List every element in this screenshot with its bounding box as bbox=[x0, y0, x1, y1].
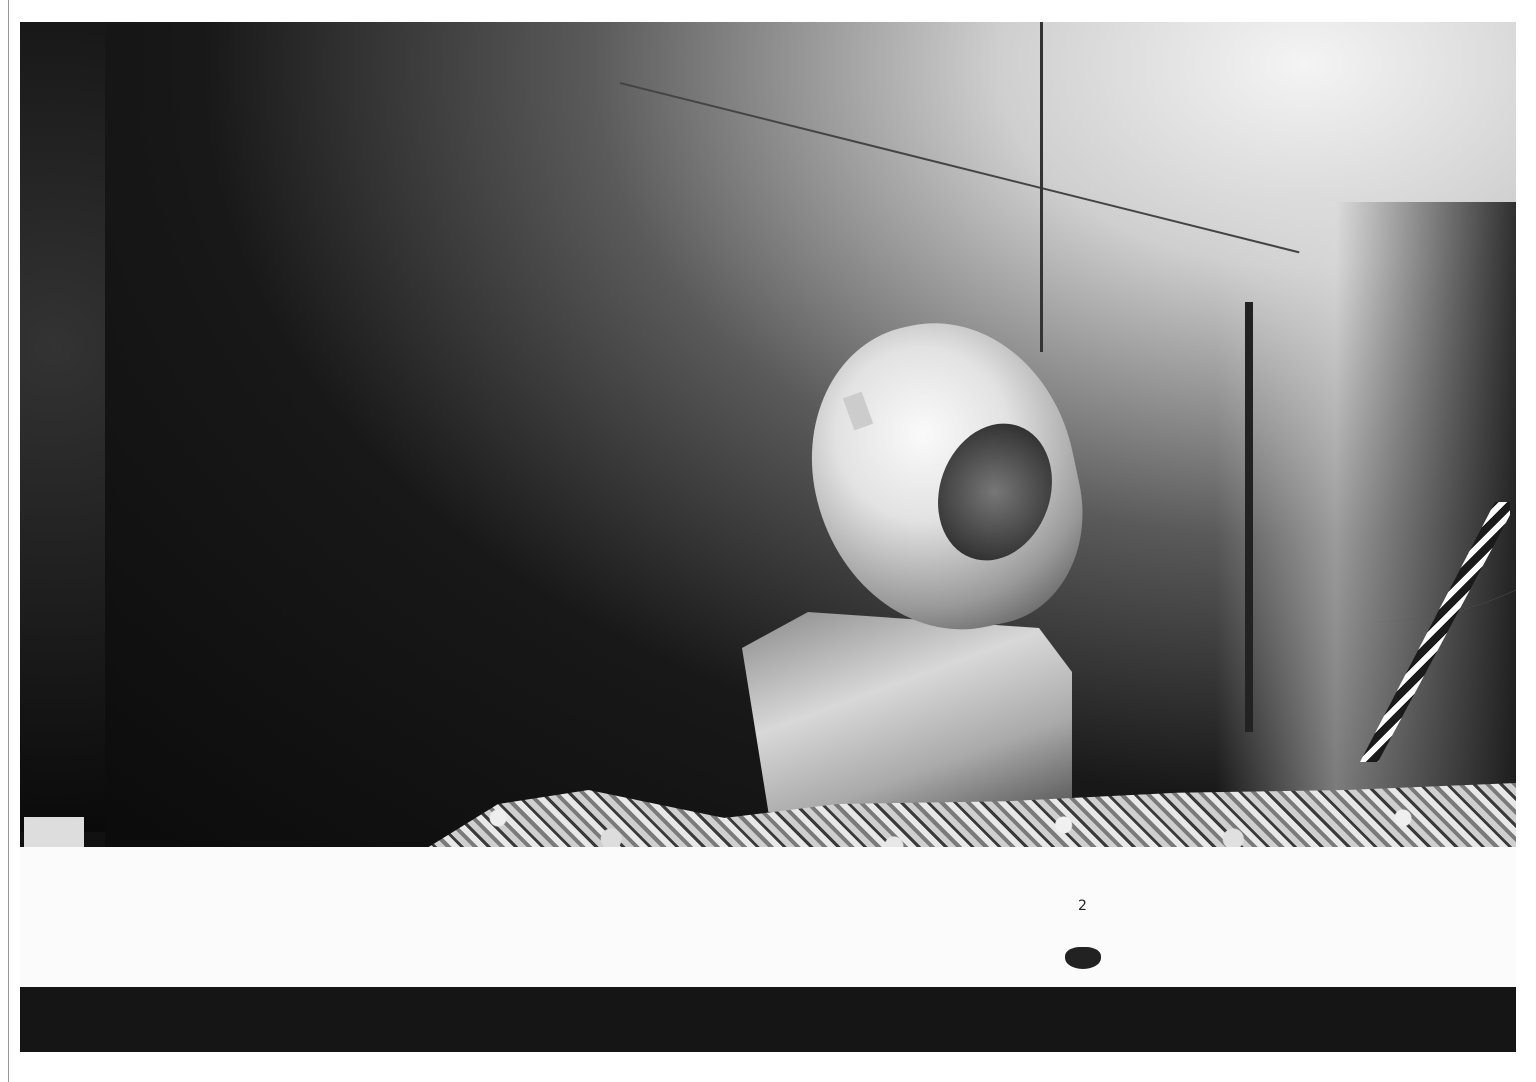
sculpture-base bbox=[742, 612, 1072, 812]
dark-floor bbox=[20, 987, 1516, 1052]
support-pole bbox=[1245, 302, 1253, 732]
left-wall-panel bbox=[20, 22, 105, 832]
handwritten-mark: 2 bbox=[1078, 898, 1087, 914]
thin-pole bbox=[1040, 22, 1043, 352]
ink-blot bbox=[1065, 947, 1101, 969]
page-edge bbox=[8, 0, 9, 1082]
white-plinth bbox=[20, 847, 1516, 987]
photograph: 2 bbox=[20, 22, 1516, 1052]
